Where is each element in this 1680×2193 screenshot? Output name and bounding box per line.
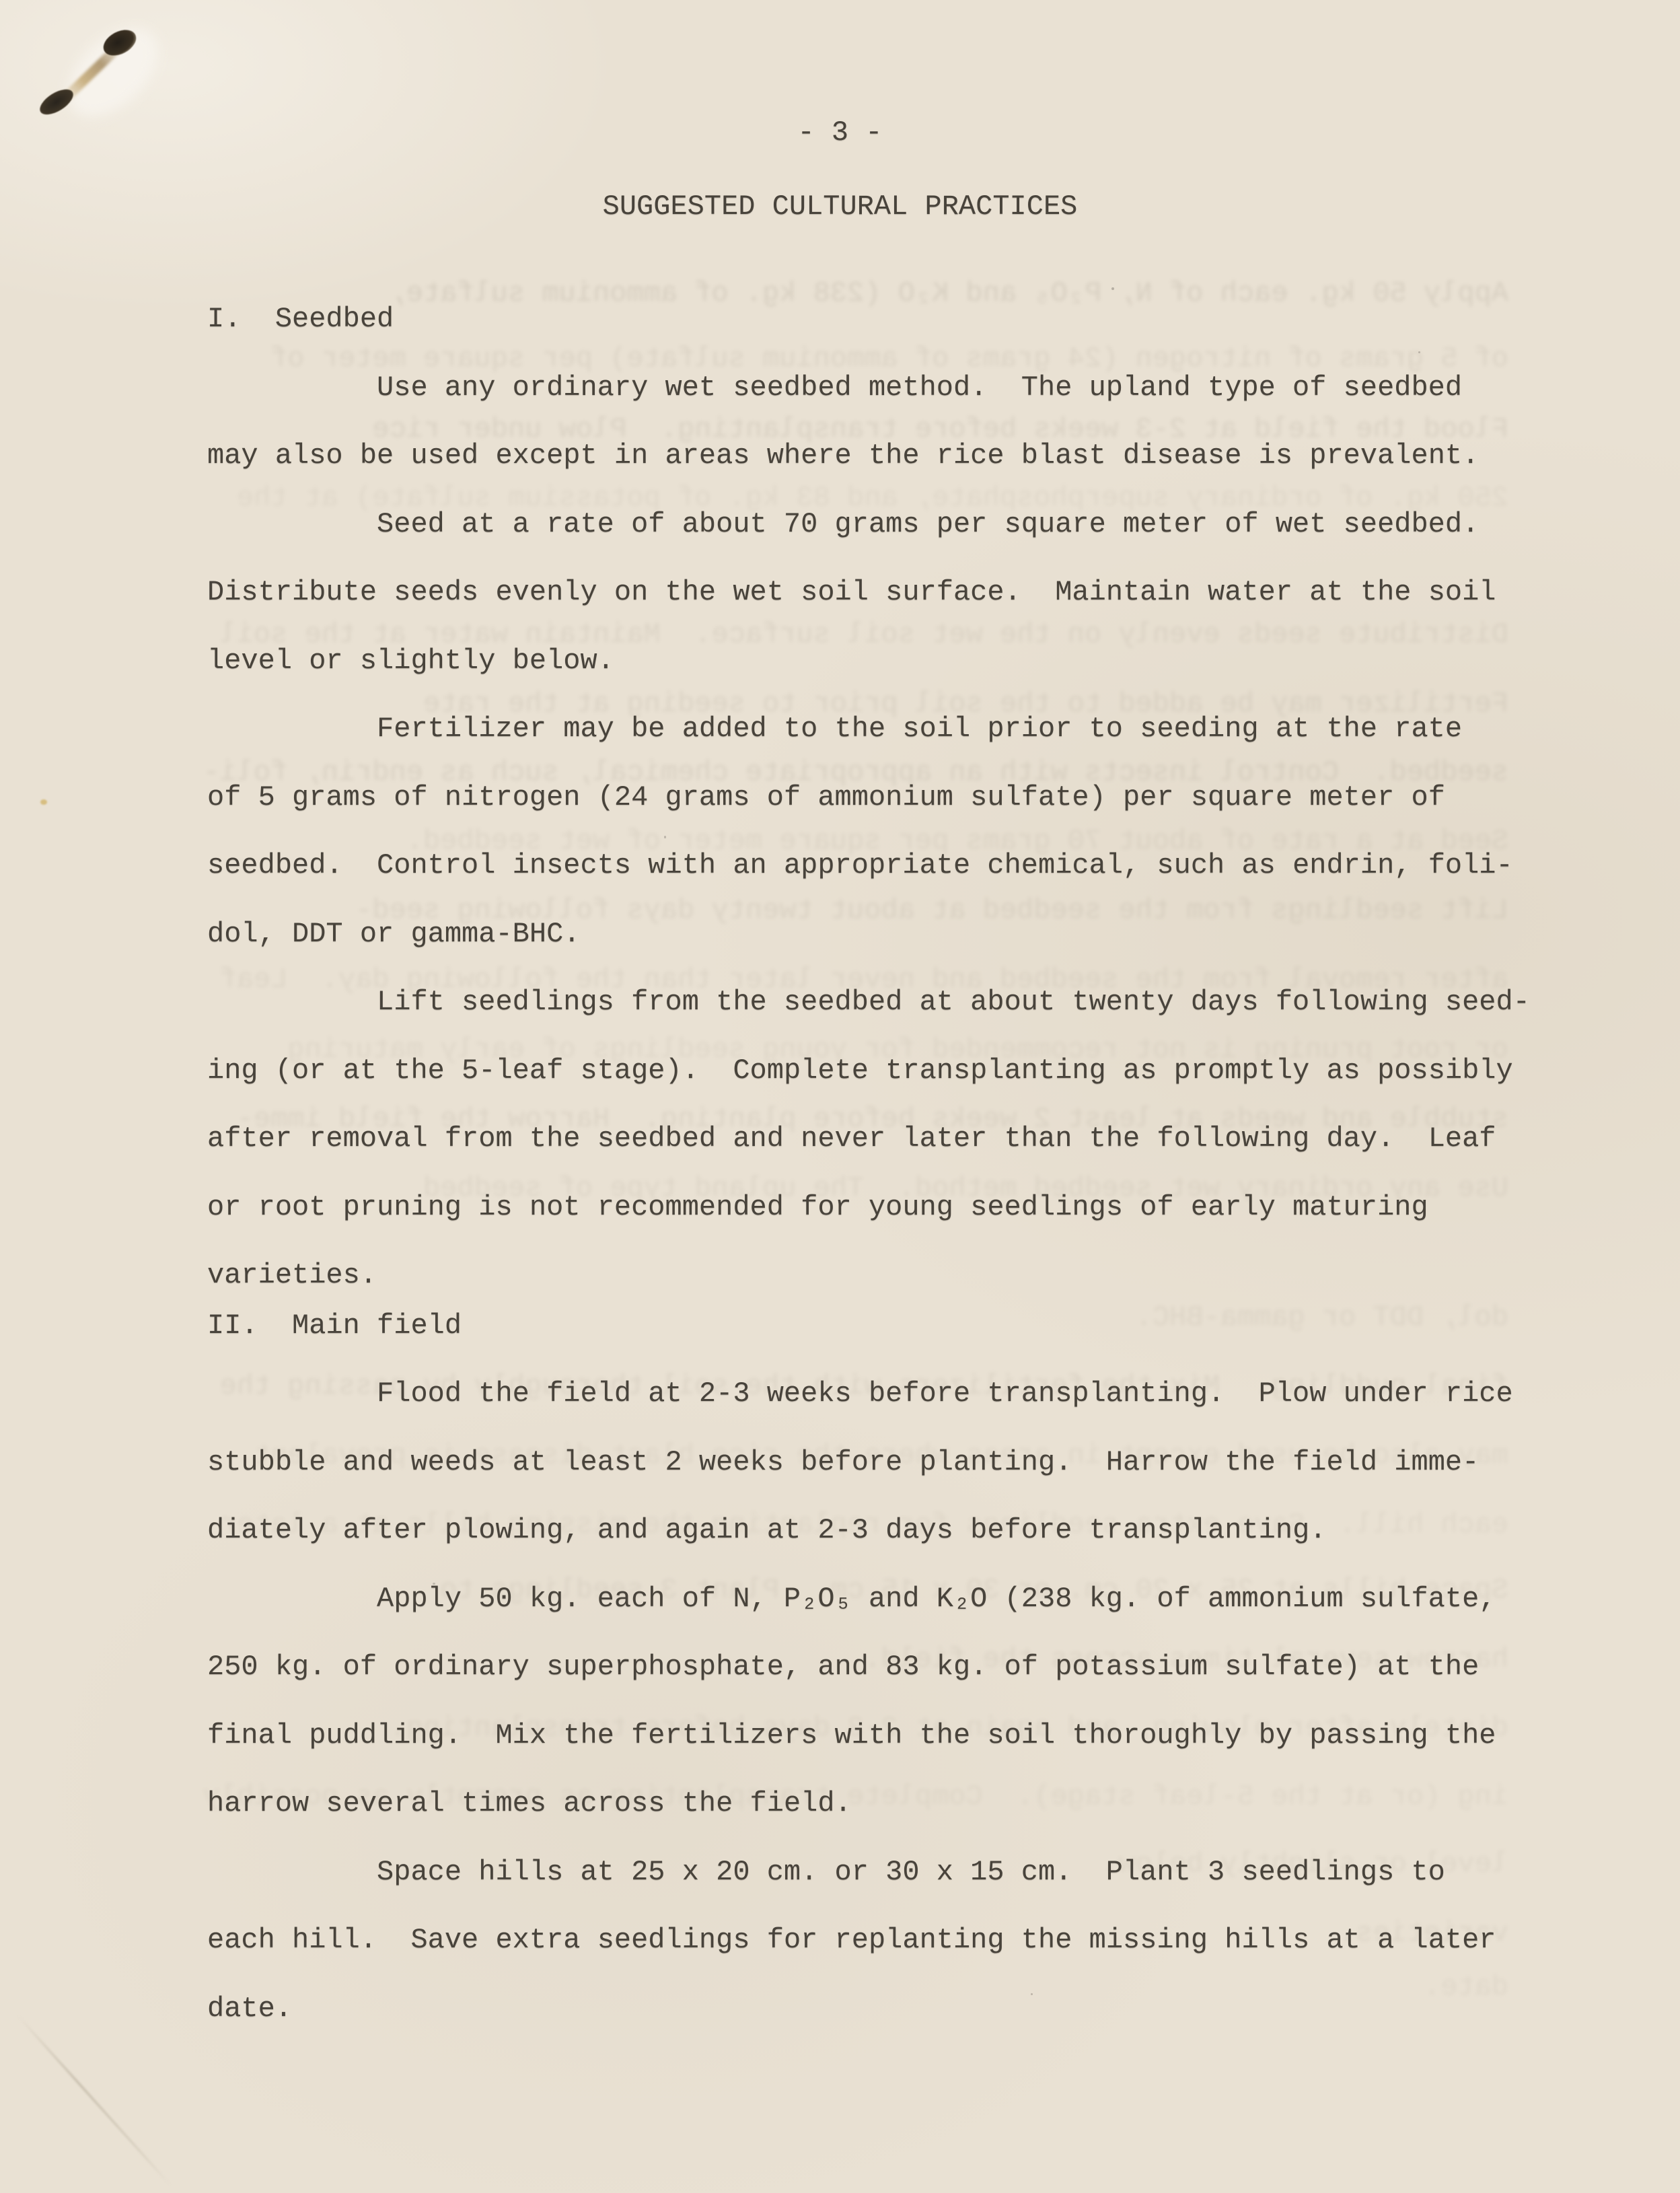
text-line: harrow several times across the field. bbox=[207, 1770, 1530, 1838]
text-line: Fertilizer may be added to the soil prio… bbox=[207, 695, 1530, 764]
scanned-document-page: Apply 50 kg. each of N, P₂O₅ and K₂O (23… bbox=[0, 0, 1680, 2193]
text-line: Apply 50 kg. each of N, P₂O₅ and K₂O (23… bbox=[207, 1565, 1530, 1634]
text-line: Space hills at 25 x 20 cm. or 30 x 15 cm… bbox=[207, 1838, 1530, 1907]
document-body: I. SeedbedUse any ordinary wet seedbed m… bbox=[207, 285, 1530, 2043]
text-line: Flood the field at 2-3 weeks before tran… bbox=[207, 1360, 1530, 1429]
text-line: Lift seedlings from the seedbed at about… bbox=[207, 968, 1530, 1037]
text-line: ing (or at the 5-leaf stage). Complete t… bbox=[207, 1037, 1530, 1106]
text-line: Distribute seeds evenly on the wet soil … bbox=[207, 559, 1530, 627]
text-line: of 5 grams of nitrogen (24 grams of ammo… bbox=[207, 764, 1530, 832]
text-line: may also be used except in areas where t… bbox=[207, 422, 1530, 491]
text-line: dol, DDT or gamma-BHC. bbox=[207, 900, 1530, 969]
text-line: 250 kg. of ordinary superphosphate, and … bbox=[207, 1633, 1530, 1702]
text-line: level or slightly below. bbox=[207, 627, 1530, 696]
text-line: final puddling. Mix the fertilizers with… bbox=[207, 1702, 1530, 1770]
text-line: Use any ordinary wet seedbed method. The… bbox=[207, 354, 1530, 423]
text-line: date. bbox=[207, 1975, 1530, 2044]
text-line: each hill. Save extra seedlings for repl… bbox=[207, 1906, 1530, 1975]
text-line: Seed at a rate of about 70 grams per squ… bbox=[207, 491, 1530, 559]
section-heading: I. Seedbed bbox=[207, 285, 1530, 354]
text-line: seedbed. Control insects with an appropr… bbox=[207, 832, 1530, 900]
text-line: stubble and weeds at least 2 weeks befor… bbox=[207, 1429, 1530, 1497]
section-heading: II. Main field bbox=[207, 1292, 1530, 1361]
text-line: after removal from the seedbed and never… bbox=[207, 1105, 1530, 1174]
text-line: or root pruning is not recommended for y… bbox=[207, 1174, 1530, 1242]
paper-speck bbox=[40, 799, 47, 805]
text-line: diately after plowing, and again at 2-3 … bbox=[207, 1497, 1530, 1565]
